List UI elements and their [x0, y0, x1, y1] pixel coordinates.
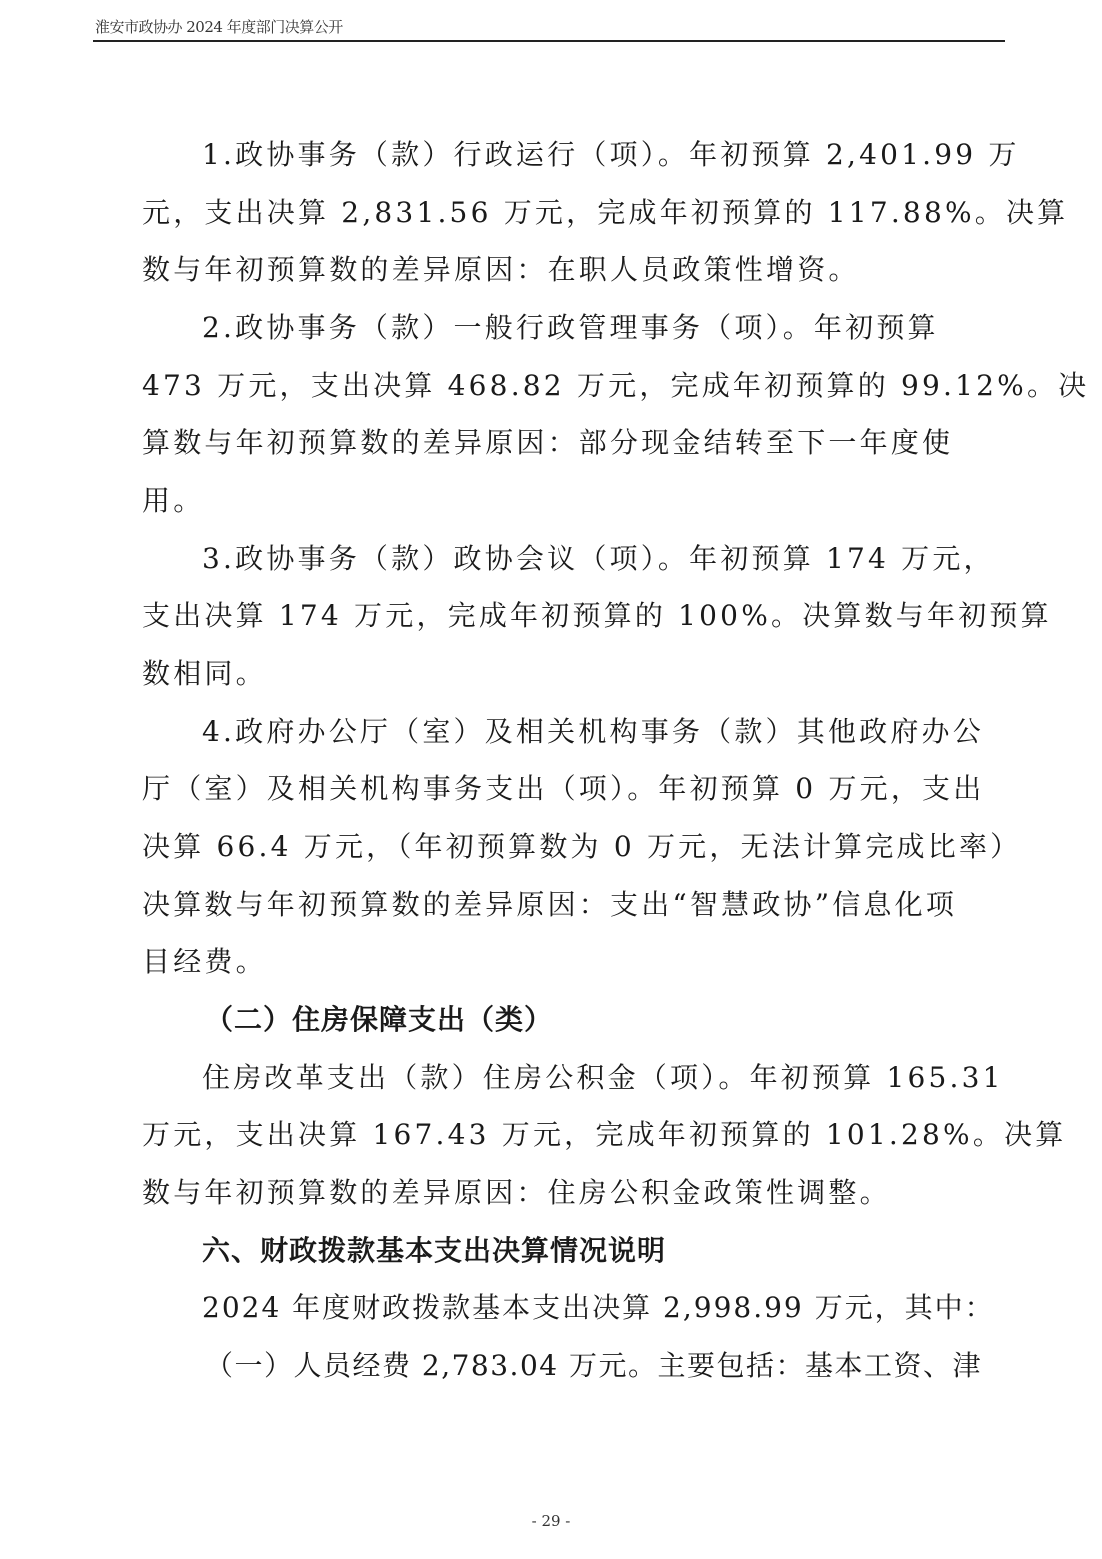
page-header: 淮安市政协办 2024 年度部门决算公开: [93, 14, 1005, 42]
housing-line-2: 万元，支出决算 167.43 万元，完成年初预算的 101.28%。决算: [142, 1115, 962, 1155]
item-4-line-2: 厅（室）及相关机构事务支出（项）。年初预算 0 万元，支出: [142, 769, 962, 809]
item-1-line-1: 1.政协事务（款）行政运行（项）。年初预算 2,401.99 万: [202, 135, 1022, 175]
item-4-line-1: 4.政府办公厅（室）及相关机构事务（款）其他政府办公: [202, 712, 1022, 752]
housing-line-3: 数与年初预算数的差异原因：住房公积金政策性调整。: [142, 1173, 962, 1213]
section-heading-six: 六、财政拨款基本支出决算情况说明: [202, 1231, 1022, 1271]
item-2-line-3: 算数与年初预算数的差异原因：部分现金结转至下一年度使: [142, 423, 962, 463]
item-3-line-1: 3.政协事务（款）政协会议（项）。年初预算 174 万元，: [202, 539, 1022, 579]
section-heading-housing: （二）住房保障支出（类）: [205, 1000, 1025, 1040]
page-number: - 29 -: [0, 1512, 1102, 1530]
item-2-line-4: 用。: [142, 481, 962, 521]
basic-expense-summary: 2024 年度财政拨款基本支出决算 2,998.99 万元，其中：: [202, 1288, 1022, 1328]
item-2-line-2: 473 万元，支出决算 468.82 万元，完成年初预算的 99.12%。决: [142, 366, 962, 406]
housing-line-1: 住房改革支出（款）住房公积金（项）。年初预算 165.31: [202, 1058, 1022, 1098]
item-1-line-2: 元，支出决算 2,831.56 万元，完成年初预算的 117.88%。决算: [142, 193, 962, 233]
header-title: 淮安市政协办 2024 年度部门决算公开: [95, 16, 343, 37]
item-4-line-4: 决算数与年初预算数的差异原因：支出“智慧政协”信息化项: [142, 885, 962, 925]
item-4-line-3: 决算 66.4 万元，（年初预算数为 0 万元，无法计算完成比率）: [142, 827, 962, 867]
personnel-expense-line: （一）人员经费 2,783.04 万元。主要包括：基本工资、津: [205, 1346, 1025, 1386]
item-3-line-3: 数相同。: [142, 654, 962, 694]
item-3-line-2: 支出决算 174 万元，完成年初预算的 100%。决算数与年初预算: [142, 596, 962, 636]
item-4-line-5: 目经费。: [142, 942, 962, 982]
item-1-line-3: 数与年初预算数的差异原因：在职人员政策性增资。: [142, 250, 962, 290]
item-2-line-1: 2.政协事务（款）一般行政管理事务（项）。年初预算: [202, 308, 1022, 348]
